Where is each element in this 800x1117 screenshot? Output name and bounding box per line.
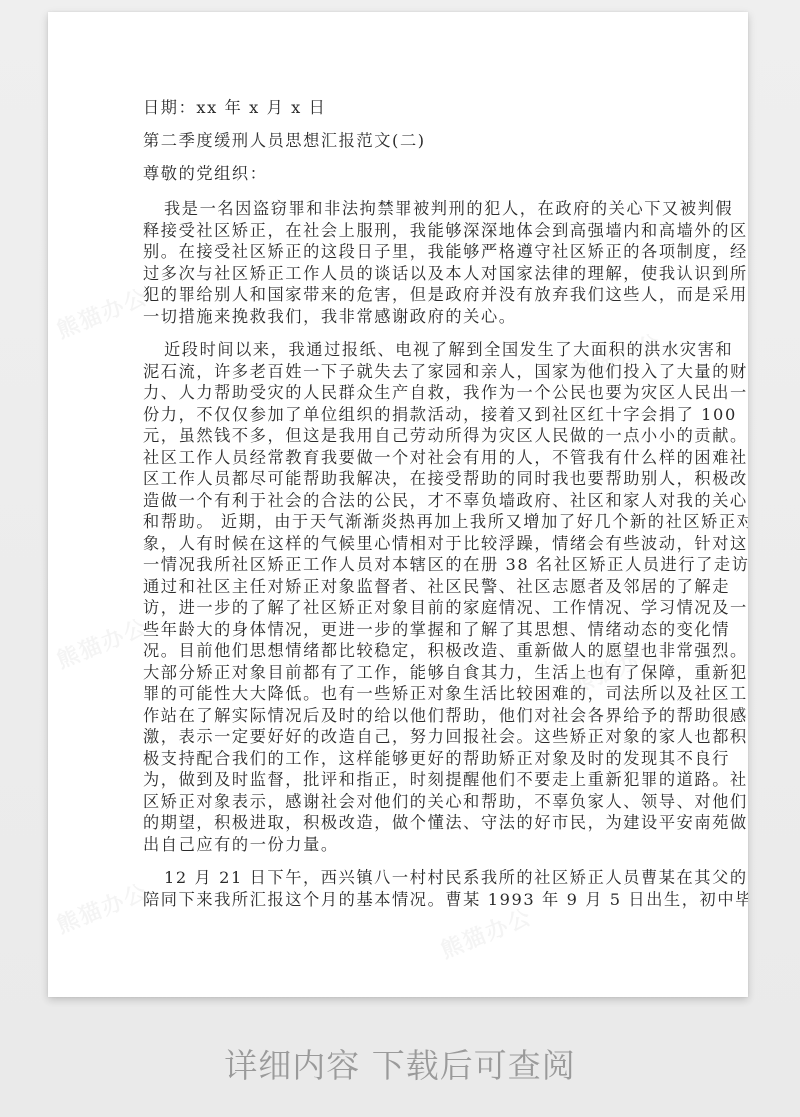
paragraph-line: 作站在了解实际情况后及时的给以他们帮助，他们对社会各界给予的帮助很感 bbox=[143, 706, 748, 726]
paragraph-line: 一情况我所社区矫正工作人员对本辖区的在册 38 名社区矫正人员进行了走访。 bbox=[143, 555, 748, 575]
paragraph-line: 社区工作人员经常教育我要做一个对社会有用的人，不管我有什么样的困难社 bbox=[143, 448, 748, 468]
paragraph-line: 元，虽然钱不多，但这是我用自己劳动所得为灾区人民做的一点小小的贡献。 bbox=[143, 426, 748, 446]
paragraph-line: 区矫正对象表示，感谢社会对他们的关心和帮助，不辜负家人、领导、对他们 bbox=[143, 792, 748, 812]
paragraph-line: 出自己应有的一份力量。 bbox=[143, 835, 339, 855]
paragraph-line: 大部分矫正对象目前都有了工作，能够自食其力，生活上也有了保障，重新犯 bbox=[143, 663, 748, 683]
paragraph-line: 一切措施来挽救我们，我非常感谢政府的关心。 bbox=[143, 307, 517, 327]
paragraph-line: 和帮助。 近期，由于天气渐渐炎热再加上我所又增加了好几个新的社区矫正对 bbox=[143, 512, 748, 532]
paragraph-line: 陪同下来我所汇报这个月的基本情况。曹某 1993 年 9 月 5 日出生，初中毕… bbox=[143, 890, 748, 910]
paragraph-line: 为，做到及时监督，批评和指正，时刻提醒他们不要走上重新犯罪的道路。社 bbox=[143, 770, 748, 790]
watermark: 熊猫办公 bbox=[52, 280, 153, 345]
paragraph-line: 通过和社区主任对矫正对象监督者、社区民警、社区志愿者及邻居的了解走 bbox=[143, 577, 730, 597]
paragraph-line: 造做一个有利于社会的合法的公民，才不辜负墙政府、社区和家人对我的关心 bbox=[143, 491, 748, 511]
paragraph-line: 犯的罪给别人和国家带来的危害，但是政府并没有放弃我们这些人，而是采用 bbox=[143, 285, 748, 305]
paragraph-line: 释接受社区矫正，在社会上服刑，我能够深深地体会到高强墙内和高墙外的区 bbox=[143, 221, 748, 241]
paragraph-line: 的期望，积极进取，积极改造，做个懂法、守法的好市民，为建设平安南苑做 bbox=[143, 813, 748, 833]
watermark: 熊猫办公 bbox=[52, 610, 153, 675]
paragraph-line: 我是一名因盗窃罪和非法拘禁罪被判刑的犯人，在政府的关心下又被判假 bbox=[164, 199, 733, 219]
paragraph-line: 份力，不仅仅参加了单位组织的捐款活动，接着又到社区红十字会捐了 100 bbox=[143, 405, 737, 425]
paragraph-line: 象，人有时候在这样的气候里心情相对于比较浮躁，情绪会有些波动，针对这 bbox=[143, 534, 748, 554]
paragraph-line: 访，进一步的了解了社区矫正对象目前的家庭情况、工作情况、学习情况及一 bbox=[143, 598, 748, 618]
paragraph-line: 况。目前他们思想情绪都比较稳定，积极改造、重新做人的愿望也非常强烈。 bbox=[143, 641, 748, 661]
watermark: 熊猫办公 bbox=[52, 875, 153, 940]
paragraph-line: 泥石流，许多老百姓一下子就失去了家园和亲人，国家为他们投入了大量的财 bbox=[143, 362, 748, 382]
paragraph-line: 区工作人员都尽可能帮助我解决，在接受帮助的同时我也要帮助别人，积极改 bbox=[143, 469, 748, 489]
paragraph-line: 力、人力帮助受灾的人民群众生产自救，我作为一个公民也要为灾区人民出一 bbox=[143, 383, 748, 403]
download-prompt: 详细内容 下载后可查阅 bbox=[0, 1040, 800, 1087]
salutation: 尊敬的党组织： bbox=[143, 164, 268, 184]
date-line: 日期：xx 年 x 月 x 日 bbox=[143, 98, 326, 118]
watermark: 熊猫办公 bbox=[436, 900, 537, 965]
paragraph-line: 极支持配合我们的工作，这样能够更好的帮助矫正对象及时的发现其不良行 bbox=[143, 749, 730, 769]
paragraph-line: 些年龄大的身体情况，更进一步的掌握和了解了其思想、情绪动态的变化情 bbox=[143, 620, 730, 640]
paragraph-line: 激，表示一定要好好的改造自己，努力回报社会。这些矫正对象的家人也都积 bbox=[143, 727, 748, 747]
paragraph-line: 罪的可能性大大降低。也有一些矫正对象生活比较困难的，司法所以及社区工 bbox=[143, 684, 748, 704]
paragraph-line: 别。在接受社区矫正的这段日子里，我能够严格遵守社区矫正的各项制度，经 bbox=[143, 242, 748, 262]
paragraph-line: 近段时间以来，我通过报纸、电视了解到全国发生了大面积的洪水灾害和 bbox=[164, 340, 733, 360]
paragraph-line: 12 月 21 日下午，西兴镇八一村村民系我所的社区矫正人员曹某在其父的 bbox=[164, 868, 748, 888]
paragraph-line: 过多次与社区矫正工作人员的谈话以及本人对国家法律的理解，使我认识到所 bbox=[143, 264, 748, 284]
document-page: 熊猫办公 熊猫办公 熊猫办公 熊猫办公 熊猫办公 熊猫办公 日期：xx 年 x … bbox=[48, 12, 748, 997]
document-title: 第二季度缓刑人员思想汇报范文(二) bbox=[143, 131, 426, 151]
